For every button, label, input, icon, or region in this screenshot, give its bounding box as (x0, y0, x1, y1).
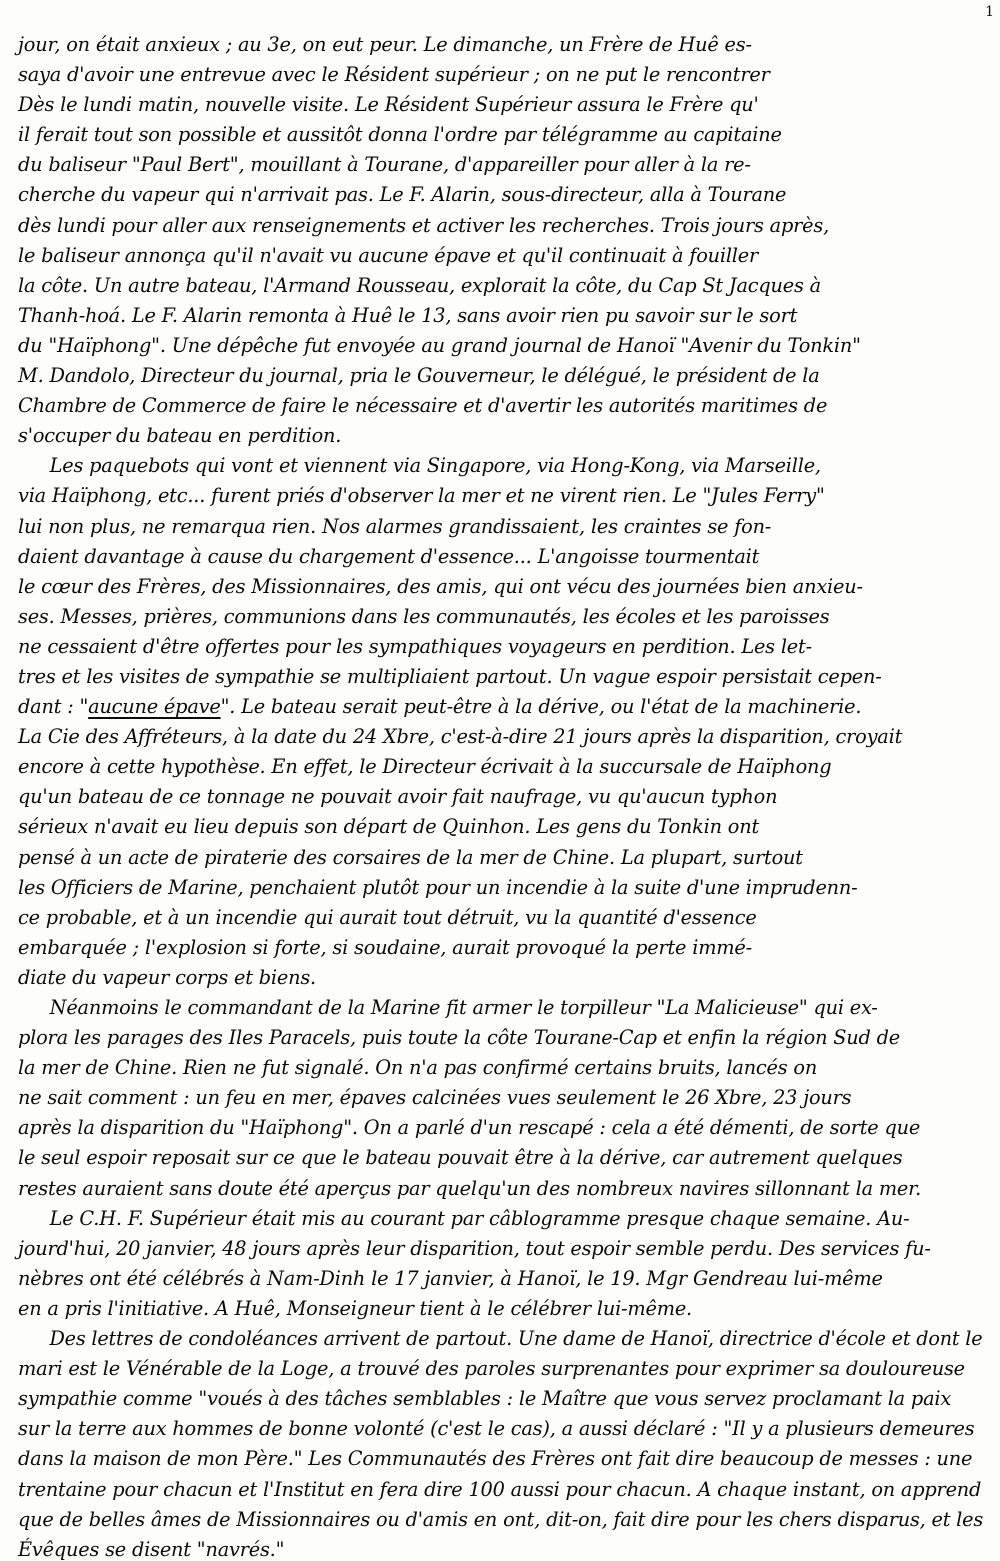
text-line: Évêques se disent "navrés." (18, 1535, 983, 1561)
text-line: pensé à un acte de piraterie des corsair… (18, 843, 983, 873)
text-line: daient davantage à cause du chargement d… (18, 542, 983, 572)
text-line: diate du vapeur corps et biens. (18, 963, 983, 993)
text-line: lui non plus, ne remarqua rien. Nos alar… (18, 512, 983, 542)
text-line: les Officiers de Marine, penchaient plut… (18, 873, 983, 903)
text-line: le baliseur annonça qu'il n'avait vu auc… (18, 241, 983, 271)
text-line: la côte. Un autre bateau, l'Armand Rouss… (18, 271, 983, 301)
text-line: Les paquebots qui vont et viennent via S… (18, 451, 982, 481)
text-line: dès lundi pour aller aux renseignements … (18, 211, 983, 241)
text-line: que de belles âmes de Missionnaires ou d… (18, 1505, 981, 1535)
text-line: qu'un bateau de ce tonnage ne pouvait av… (18, 782, 983, 812)
text-line: ne sait comment : un feu en mer, épaves … (18, 1083, 983, 1113)
text-line: ne cessaient d'être offertes pour les sy… (18, 632, 983, 662)
text-line: dans la maison de mon Père." Les Communa… (18, 1444, 983, 1474)
text-line: ce probable, et à un incendie qui aurait… (18, 903, 983, 933)
text-line: dant : "aucune épave". Le bateau serait … (18, 692, 983, 722)
text-line: jourd'hui, 20 janvier, 48 jours après le… (18, 1234, 983, 1264)
text-line: saya d'avoir une entrevue avec le Réside… (18, 60, 983, 90)
text-line: jour, on était anxieux ; au 3e, on eut p… (18, 30, 983, 60)
text-line: M. Dandolo, Directeur du journal, pria l… (18, 361, 983, 391)
text-line: trentaine pour chacun et l'Institut en f… (18, 1475, 983, 1505)
text-line: Dès le lundi matin, nouvelle visite. Le … (18, 90, 983, 120)
text-line: la mer de Chine. Rien ne fut signalé. On… (18, 1053, 983, 1083)
text-line: nèbres ont été célébrés à Nam-Dinh le 17… (18, 1264, 983, 1294)
text-line: sympathie comme "voués à des tâches semb… (18, 1384, 983, 1414)
text-line: encore à cette hypothèse. En effet, le D… (18, 752, 983, 782)
text-line: du "Haïphong". Une dépêche fut envoyée a… (18, 331, 983, 361)
text-line: sérieux n'avait eu lieu depuis son dépar… (18, 812, 983, 842)
text-line: en a pris l'initiative. A Huê, Monseigne… (18, 1294, 983, 1324)
text-line: Thanh-hoá. Le F. Alarin remonta à Huê le… (18, 301, 983, 331)
text-line: le cœur des Frères, des Missionnaires, d… (18, 572, 983, 602)
text-line: le seul espoir reposait sur ce que le ba… (18, 1143, 983, 1173)
handwritten-text-body: jour, on était anxieux ; au 3e, on eut p… (18, 30, 993, 1561)
text-line: cherche du vapeur qui n'arrivait pas. Le… (18, 180, 983, 210)
page-mark: 1 (985, 4, 994, 20)
underlined-phrase: aucune épave (88, 695, 220, 718)
scanned-handwritten-page: 1 jour, on était anxieux ; au 3e, on eut… (0, 0, 1000, 1561)
text-line: après la disparition du "Haïphong". On a… (18, 1113, 983, 1143)
text-line: plora les parages des Iles Paracels, pui… (18, 1023, 983, 1053)
text-line: La Cie des Affréteurs, à la date du 24 X… (18, 722, 983, 752)
text-line: restes auraient sans doute été aperçus p… (18, 1174, 983, 1204)
text-line: via Haïphong, etc... furent priés d'obse… (18, 481, 983, 511)
text-line: tres et les visites de sympathie se mult… (18, 662, 983, 692)
text-line: embarquée ; l'explosion si forte, si sou… (18, 933, 983, 963)
text-line: Néanmoins le commandant de la Marine fit… (18, 993, 982, 1023)
text-line: sur la terre aux hommes de bonne volonté… (18, 1414, 983, 1444)
text-line: s'occuper du bateau en perdition. (18, 421, 983, 451)
text-line: ses. Messes, prières, communions dans le… (18, 602, 983, 632)
text-line: mari est le Vénérable de la Loge, a trou… (18, 1354, 983, 1384)
text-line: Des lettres de condoléances arrivent de … (18, 1324, 977, 1354)
text-line: du baliseur "Paul Bert", mouillant à Tou… (18, 150, 983, 180)
text-line: Le C.H. F. Supérieur était mis au couran… (18, 1204, 982, 1234)
text-line: il ferait tout son possible et aussitôt … (18, 120, 983, 150)
text-line: Chambre de Commerce de faire le nécessai… (18, 391, 983, 421)
